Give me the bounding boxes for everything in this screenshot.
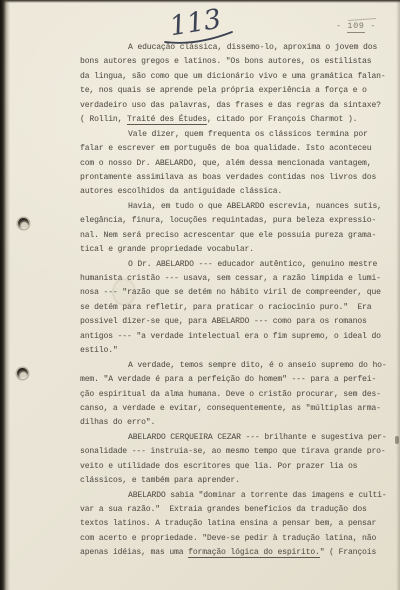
text-segment: elegância, finura, locuções requintadas,… [80, 216, 376, 225]
hole-punch [18, 218, 29, 229]
text-line: clássicos, e também para aprender. [80, 474, 394, 488]
scan-edge-top [0, 0, 400, 3]
text-segment: estilo." [80, 346, 118, 355]
scan-edge-right [396, 0, 400, 590]
text-line: ABELARDO CERQUEIRA CEZAR --- brilhante e… [80, 431, 394, 445]
text-line: apenas idéias, mas uma formação lógica d… [80, 546, 394, 560]
text-line: canso, a verdade e evitar, consequenteme… [80, 402, 394, 416]
text-segment: ABELARDO sabia "dominar a torrente das i… [128, 491, 387, 500]
text-segment: sonalidade --- instruia-se, ao mesmo tem… [80, 447, 386, 456]
text-segment: te, nos quais se aprende pela própria ex… [80, 86, 367, 95]
text-segment: var a sua razão." Extraia grandes benefi… [80, 505, 367, 514]
text-line: possivel dizer-se que, para ABELARDO ---… [80, 315, 394, 329]
text-line: prontamente assimilava as boas verdades … [80, 171, 394, 185]
text-line: com o nosso Dr. ABELARDO, que, além dess… [80, 157, 394, 171]
text-line: A educação clássica, dissemo-lo, aproxim… [80, 41, 394, 55]
text-line: A verdade, temos sempre dito, é o anseio… [80, 359, 394, 373]
text-line: autores escolhidos da antiguidade clássi… [80, 185, 394, 199]
text-segment: humanista cristão --- usava, sem cessar,… [80, 274, 381, 283]
text-segment: falar e escrever em português de boa qua… [80, 144, 371, 153]
text-line: tical e grande propriedade vocabular. [80, 243, 394, 257]
text-segment: tical e grande propriedade vocabular. [80, 245, 254, 254]
text-segment: canso, a verdade e evitar, consequenteme… [80, 404, 381, 413]
text-segment: mem. "A verdade é para a perfeição do ho… [80, 375, 376, 384]
text-segment: possivel dizer-se que, para ABELARDO ---… [80, 317, 367, 326]
text-line: ção espiritual da alma humana. Deve o cr… [80, 388, 394, 402]
text-line: ( Rollin, Traité des Études, citado por … [80, 113, 394, 127]
text-segment: com o nosso Dr. ABELARDO, que, além dess… [80, 159, 371, 168]
text-segment: prontamente assimilava as boas verdades … [80, 173, 376, 182]
text-line: dilhas do erro". [80, 416, 394, 430]
text-segment: Vale dizer, quem frequenta os clássicos … [128, 130, 368, 139]
text-line: textos latinos. A tradução latina ensina… [80, 517, 394, 531]
text-segment: ( Rollin, [80, 115, 127, 124]
text-segment: bons autores gregos e latinos. "Os bons … [80, 57, 371, 66]
page-number-value: 109 [347, 21, 364, 33]
text-segment: dilhas do erro". [80, 418, 155, 427]
hole-punch [17, 368, 28, 379]
text-line: humanista cristão --- usava, sem cessar,… [80, 272, 394, 286]
text-line: com acerto e propriedade. "Deve-se pedir… [80, 532, 394, 546]
text-line: ABELARDO sabia "dominar a torrente das i… [80, 489, 394, 503]
underlined-text: Traité des Études [127, 115, 207, 125]
scanned-document-screenshot: { "page": { "handwritten_number": "113",… [0, 0, 400, 590]
text-line: bons autores gregos e latinos. "Os bons … [80, 55, 394, 69]
text-segment: autores escolhidos da antiguidade clássi… [80, 187, 282, 196]
text-segment: verdadeiro uso das palavras, das frases … [80, 101, 381, 110]
text-line: verdadeiro uso das palavras, das frases … [80, 99, 394, 113]
text-segment: ção espiritual da alma humana. Deve o cr… [80, 390, 381, 399]
scan-artifact [395, 436, 399, 444]
text-segment: A verdade, temos sempre dito, é o anseio… [128, 361, 387, 370]
text-line: var a sua razão." Extraia grandes benefi… [80, 503, 394, 517]
text-line: Vale dizer, quem frequenta os clássicos … [80, 128, 394, 142]
text-segment: nal. Nem será preciso acrescentar que el… [80, 231, 376, 240]
page-number: - 109 - [336, 21, 376, 31]
text-segment: antigos --- "a verdade intelectual era o… [80, 332, 381, 341]
text-segment: ABELARDO CERQUEIRA CEZAR --- brilhante e… [128, 433, 387, 442]
text-line: veito e utilidade dos escritores que lia… [80, 460, 394, 474]
text-segment: " ( François [320, 548, 376, 557]
text-line: antigos --- "a verdade intelectual era o… [80, 330, 394, 344]
text-segment: apenas idéias, mas uma [80, 548, 188, 557]
text-line: O Dr. ABELARDO --- educador autêntico, g… [80, 258, 394, 272]
text-line: nal. Nem será preciso acrescentar que el… [80, 229, 394, 243]
text-segment: Havia, em tudo o que ABELARDO escrevia, … [128, 202, 382, 211]
scan-edge-shadow [0, 0, 10, 590]
underlined-text: formação lógica do espirito. [188, 548, 320, 558]
text-line: mem. "A verdade é para a perfeição do ho… [80, 373, 394, 387]
text-line: se detém para refletir, para praticar o … [80, 301, 394, 315]
text-line: estilo." [80, 344, 394, 358]
text-line: da lingua, são como que um dicionário vi… [80, 70, 394, 84]
text-segment: O Dr. ABELARDO --- educador autêntico, g… [128, 260, 377, 269]
page-number-prefix: - [336, 21, 347, 31]
text-segment: veito e utilidade dos escritores que lia… [80, 462, 357, 471]
text-segment: se detém para refletir, para praticar o … [80, 303, 371, 312]
text-line: Havia, em tudo o que ABELARDO escrevia, … [80, 200, 394, 214]
text-segment: com acerto e propriedade. "Deve-se pedir… [80, 534, 376, 543]
page-number-suffix: - [365, 21, 376, 31]
text-segment: nosa --- "razão que se detém no hábito v… [80, 288, 381, 297]
text-segment: da lingua, são como que um dicionário vi… [80, 72, 386, 81]
text-segment: textos latinos. A tradução latina ensina… [80, 519, 376, 528]
text-line: sonalidade --- instruia-se, ao mesmo tem… [80, 445, 394, 459]
document-body: A educação clássica, dissemo-lo, aproxim… [80, 41, 394, 561]
text-line: elegância, finura, locuções requintadas,… [80, 214, 394, 228]
text-line: nosa --- "razão que se detém no hábito v… [80, 286, 394, 300]
text-segment: , citado por François Charmot ). [207, 115, 357, 124]
text-line: falar e escrever em português de boa qua… [80, 142, 394, 156]
text-line: te, nos quais se aprende pela própria ex… [80, 84, 394, 98]
text-segment: clássicos, e também para aprender. [80, 476, 240, 485]
handwritten-number-text: 113 [168, 5, 224, 42]
scanned-page: 113 - 109 - A educação clássica, dissemo… [0, 0, 400, 590]
text-segment: A educação clássica, dissemo-lo, aproxim… [128, 43, 377, 52]
